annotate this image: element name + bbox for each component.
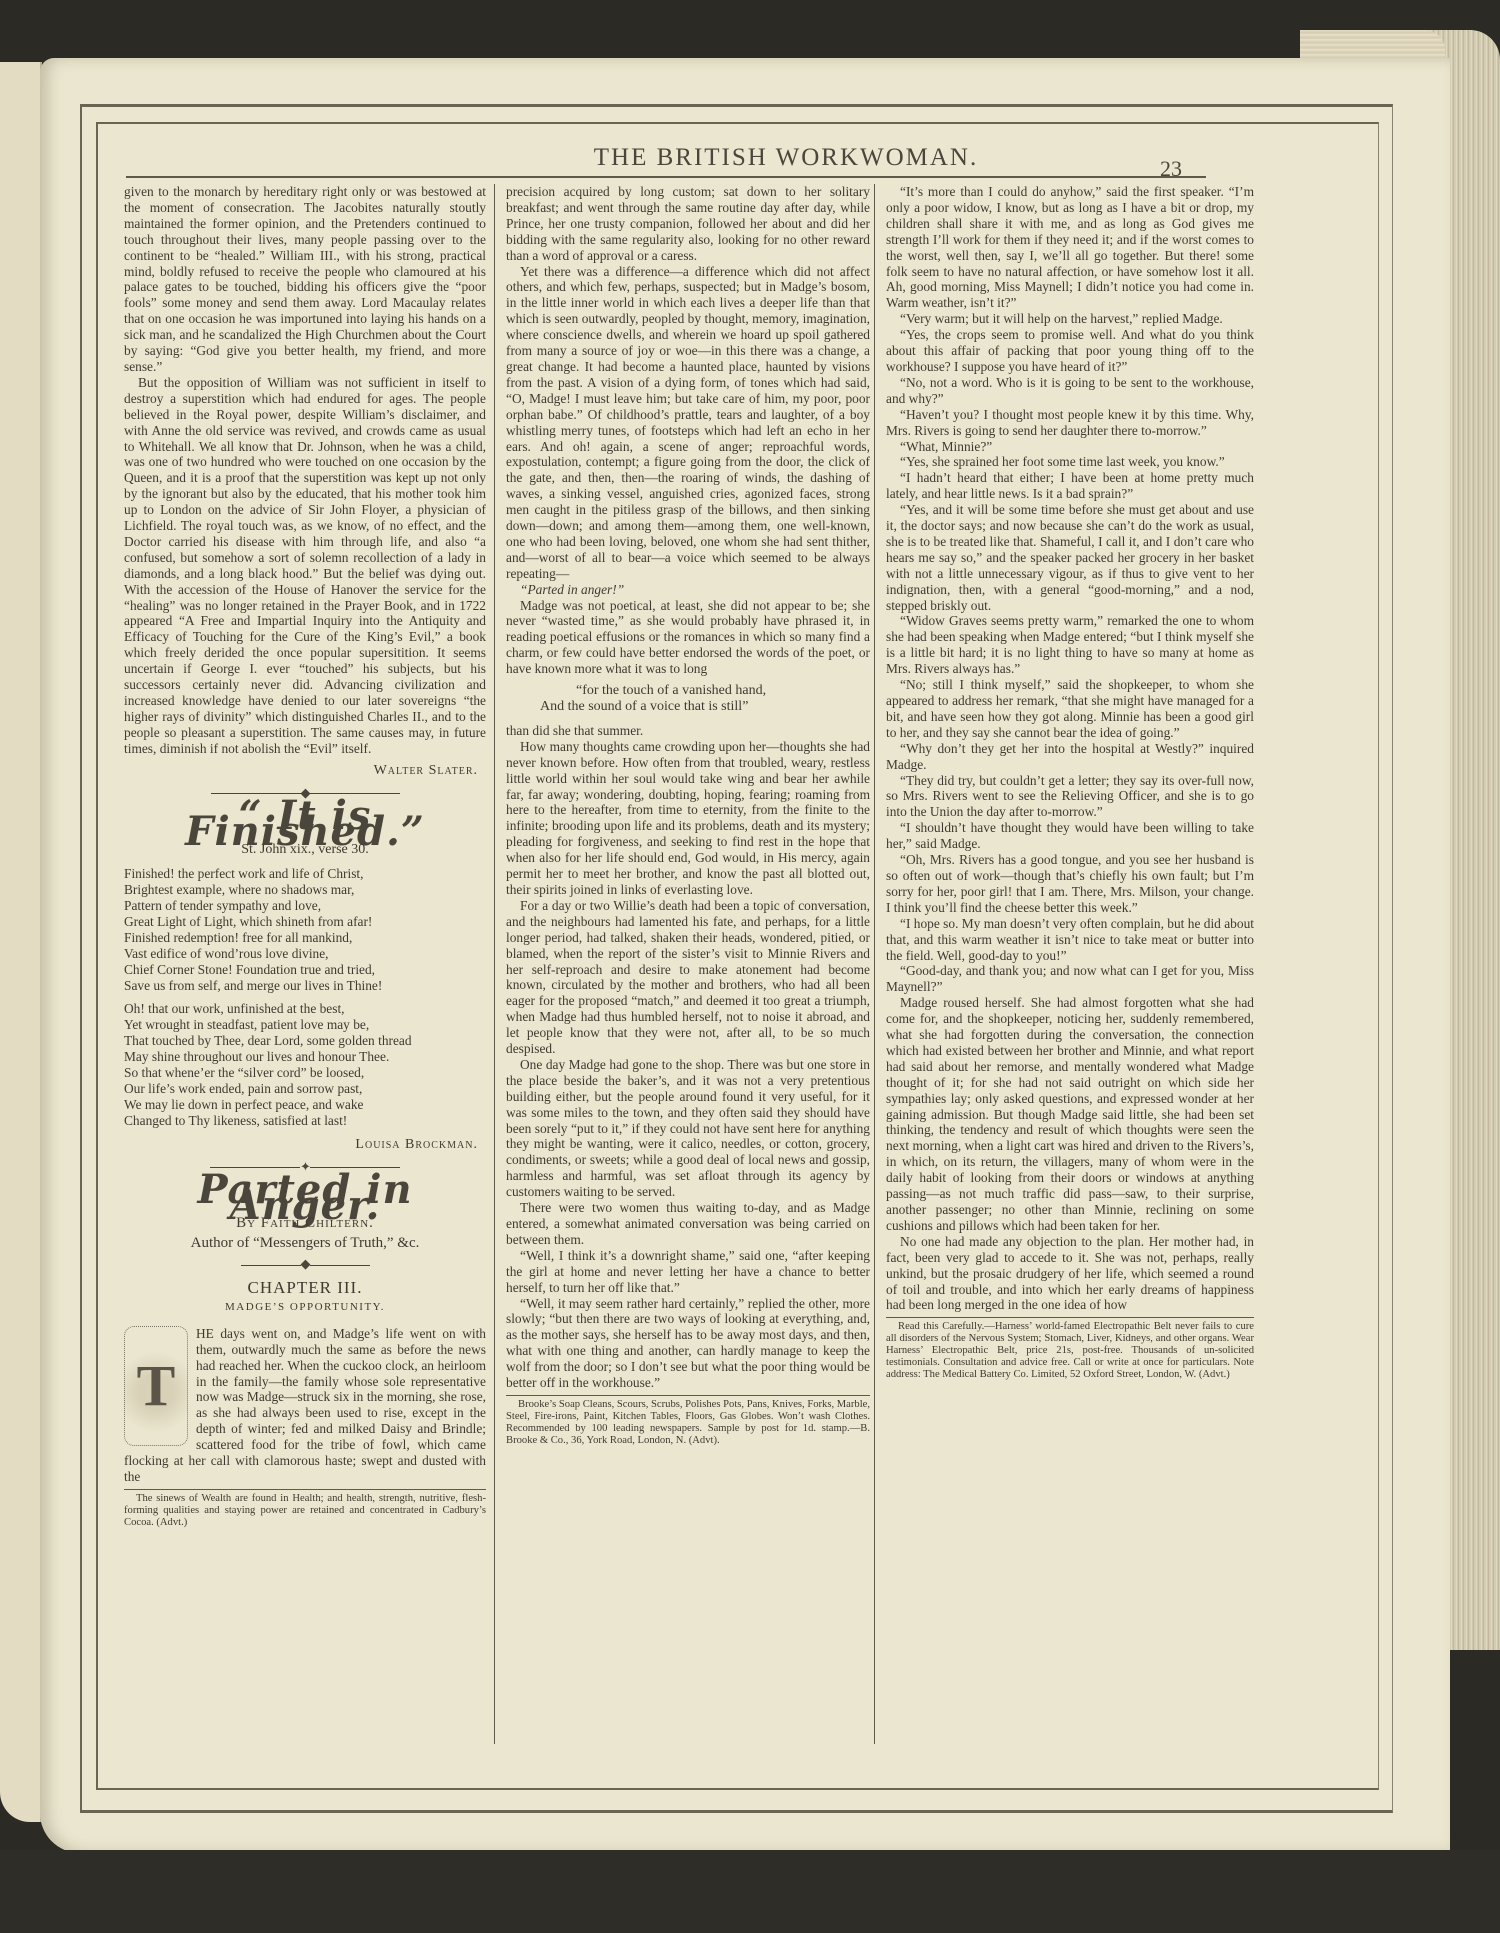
story-paragraph: “Well, I think it’s a downright shame,” … [506,1248,870,1296]
story-paragraph: How many thoughts came crowding upon her… [506,739,870,898]
poem-stanza-2: Oh! that our work, unfinished at the bes… [124,1001,486,1128]
story-paragraph: “It’s more than I could do anyhow,” said… [886,184,1254,311]
story-opening: T HE days went on, and Madge’s life went… [124,1326,486,1485]
story-paragraph: “Yes, the crops seem to promise well. An… [886,327,1254,375]
story-paragraph: “Why don’t they get her into the hospita… [886,741,1254,773]
chapter-title: MADGE’S OPPORTUNITY. [124,1300,486,1316]
story-paragraph: For a day or two Willie’s death had been… [506,898,870,1057]
background-table [0,1850,1500,1933]
story-paragraph: “Well, it may seem rather hard certainly… [506,1296,870,1391]
poem-scripture-reference: St. John xix., verse 30. [124,842,486,858]
poem-line: May shine throughout our lives and honou… [124,1049,486,1065]
poem-line: Yet wrought in steadfast, patient love m… [124,1017,486,1033]
story-paragraph: “Oh, Mrs. Rivers has a good tongue, and … [886,852,1254,916]
column-left: given to the monarch by hereditary right… [124,184,486,1529]
poem-stanza-1: Finished! the perfect work and life of C… [124,866,486,993]
poem-line: That touched by Thee, dear Lord, some go… [124,1033,486,1049]
italic-quote: “Parted in anger!” [520,582,624,597]
poem-title: “ It is Finished.” [124,808,486,840]
column-right: “It’s more than I could do anyhow,” said… [886,184,1254,1381]
author-signature: Walter Slater. [124,763,478,779]
story-paragraph: “Good-day, and thank you; and now what c… [886,963,1254,995]
story-paragraph: “I hope so. My man doesn’t very often co… [886,916,1254,964]
poem-line: Brightest example, where no shadows mar, [124,882,486,898]
story-paragraph: “Widow Graves seems pretty warm,” remark… [886,613,1254,677]
poem-line: Vast edifice of wond’rous love divine, [124,946,486,962]
advertisement-brookes-soap: Brooke’s Soap Cleans, Scours, Scrubs, Po… [506,1395,870,1447]
story-paragraph: One day Madge had gone to the shop. Ther… [506,1057,870,1200]
poem-line: Finished redemption! free for all mankin… [124,930,486,946]
story-author-credits: Author of “Messengers of Truth,” &c. [124,1236,486,1252]
poem-author-signature: Louisa Brockman. [124,1137,478,1153]
story-paragraph: “Very warm; but it will help on the harv… [886,311,1254,327]
poem-line: Great Light of Light, which shineth from… [124,914,486,930]
story-paragraph: “Yes, and it will be some time before sh… [886,502,1254,613]
story-paragraph: “No; still I think myself,” said the sho… [886,677,1254,741]
book-top-edge [1300,30,1445,60]
page-number: 23 [1160,156,1182,182]
poem-line: We may lie down in perfect peace, and wa… [124,1097,486,1113]
publication-title: THE BRITISH WORKWOMAN. [526,144,1046,172]
poem-line: Pattern of tender sympathy and love, [124,898,486,914]
poem-line: Our life’s work ended, pain and sorrow p… [124,1081,486,1097]
story-paragraph: Madge was not poetical, at least, she di… [506,598,870,678]
poem-line: Oh! that our work, unfinished at the bes… [124,1001,486,1017]
story-paragraph: “I shouldn’t have thought they would hav… [886,820,1254,852]
facing-page-edge [0,62,42,1822]
story-paragraph: No one had made any objection to the pla… [886,1234,1254,1314]
article-paragraph: given to the monarch by hereditary right… [124,184,486,375]
story-paragraph: “No, not a word. Who is it is going to b… [886,375,1254,407]
story-paragraph: Madge roused herself. She had almost for… [886,995,1254,1234]
ornamental-dropcap-icon: T [124,1326,188,1446]
masthead: THE BRITISH WORKWOMAN. [126,140,1206,178]
verse-line: “for the touch of a vanished hand, [576,683,870,699]
column-divider [494,184,495,1744]
quoted-verse: “for the touch of a vanished hand, And t… [506,683,870,715]
poem-line: Chief Corner Stone! Foundation true and … [124,962,486,978]
story-quote: “Parted in anger!” [506,582,870,598]
article-paragraph: But the opposition of William was not su… [124,375,486,757]
column-middle: precision acquired by long custom; sat d… [506,184,870,1447]
story-paragraph: There were two women thus waiting to-day… [506,1200,870,1248]
advertisement-cadbury: The sinews of Wealth are found in Health… [124,1489,486,1529]
advertisement-electropathic-belt: Read this Carefully.—Harness’ world-fame… [886,1317,1254,1381]
poem-line: So that whene’er the “silver cord” be lo… [124,1065,486,1081]
story-paragraph: Yet there was a difference—a difference … [506,264,870,582]
story-paragraph: than did she that summer. [506,723,870,739]
ornament-divider: ◆ [124,1256,486,1272]
verse-line: And the sound of a voice that is still” [540,699,870,715]
story-paragraph: “Yes, she sprained her foot some time la… [886,454,1254,470]
poem-line: Changed to Thy likeness, satisfied at la… [124,1113,486,1129]
column-divider [874,184,875,1744]
story-paragraph: “What, Minnie?” [886,439,1254,455]
story-byline: By Faith Chiltern. [124,1216,486,1232]
poem-line: Finished! the perfect work and life of C… [124,866,486,882]
chapter-heading: CHAPTER III. [124,1280,486,1296]
story-paragraph: precision acquired by long custom; sat d… [506,184,870,264]
poem-line: Save us from self, and merge our lives i… [124,978,486,994]
story-paragraph: “Haven’t you? I thought most people knew… [886,407,1254,439]
story-paragraph: “I hadn’t heard that either; I have been… [886,470,1254,502]
story-title: Parted in Anger. [124,1182,486,1214]
story-paragraph: “They did try, but couldn’t get a letter… [886,773,1254,821]
